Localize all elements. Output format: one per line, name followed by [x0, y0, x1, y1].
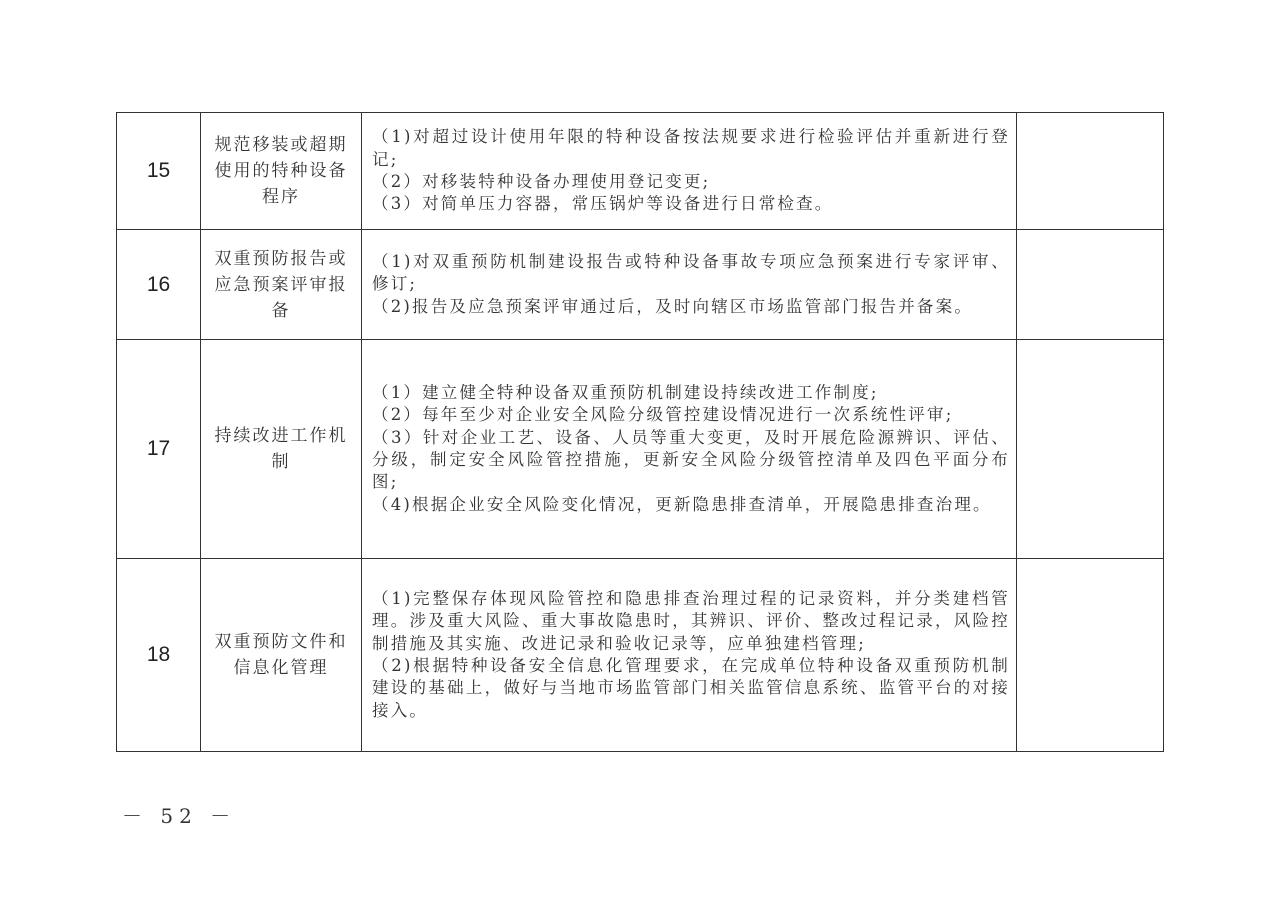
content-line: （3）对简单压力容器，常压锅炉等设备进行日常检查。	[372, 193, 1010, 215]
item-title: 规范移装或超期使用的特种设备程序	[201, 113, 362, 230]
table-row: 15 规范移装或超期使用的特种设备程序 （1)对超过设计使用年限的特种设备按法规…	[117, 113, 1164, 230]
item-content: （1)对双重预防机制建设报告或特种设备事故专项应急预案进行专家评审、修订; （2…	[362, 230, 1017, 340]
item-title: 持续改进工作机制	[201, 340, 362, 559]
remark-cell	[1017, 340, 1164, 559]
content-line: （2)报告及应急预案评审通过后，及时向辖区市场监管部门报告并备案。	[372, 296, 1010, 318]
item-title: 双重预防文件和信息化管理	[201, 559, 362, 752]
table-row: 16 双重预防报告或应急预案评审报备 （1)对双重预防机制建设报告或特种设备事故…	[117, 230, 1164, 340]
row-number: 15	[117, 113, 201, 230]
item-content: （1)完整保存体现风险管控和隐患排查治理过程的记录资料，并分类建档管理。涉及重大…	[362, 559, 1017, 752]
row-number: 18	[117, 559, 201, 752]
item-title: 双重预防报告或应急预案评审报备	[201, 230, 362, 340]
content-line: （3）针对企业工艺、设备、人员等重大变更，及时开展危险源辨识、评估、分级，制定安…	[372, 427, 1010, 494]
table-row: 17 持续改进工作机制 （1）建立健全特种设备双重预防机制建设持续改进工作制度;…	[117, 340, 1164, 559]
content-line: （2）对移装特种设备办理使用登记变更;	[372, 171, 1010, 193]
content-line: （1）建立健全特种设备双重预防机制建设持续改进工作制度;	[372, 382, 1010, 404]
content-line: （1)对超过设计使用年限的特种设备按法规要求进行检验评估并重新进行登记;	[372, 126, 1010, 171]
table-row: 18 双重预防文件和信息化管理 （1)完整保存体现风险管控和隐患排查治理过程的记…	[117, 559, 1164, 752]
item-content: （1）建立健全特种设备双重预防机制建设持续改进工作制度; （2）每年至少对企业安…	[362, 340, 1017, 559]
row-number: 17	[117, 340, 201, 559]
remark-cell	[1017, 559, 1164, 752]
requirements-table: 15 规范移装或超期使用的特种设备程序 （1)对超过设计使用年限的特种设备按法规…	[116, 112, 1164, 752]
content-line: （4)根据企业安全风险变化情况，更新隐患排查清单，开展隐患排查治理。	[372, 494, 1010, 516]
page-number: － 52 －	[122, 800, 236, 829]
remark-cell	[1017, 230, 1164, 340]
content-line: （1)完整保存体现风险管控和隐患排查治理过程的记录资料，并分类建档管理。涉及重大…	[372, 588, 1010, 655]
content-line: （2）每年至少对企业安全风险分级管控建设情况进行一次系统性评审;	[372, 404, 1010, 426]
content-line: （1)对双重预防机制建设报告或特种设备事故专项应急预案进行专家评审、修订;	[372, 251, 1010, 296]
remark-cell	[1017, 113, 1164, 230]
row-number: 16	[117, 230, 201, 340]
item-content: （1)对超过设计使用年限的特种设备按法规要求进行检验评估并重新进行登记; （2）…	[362, 113, 1017, 230]
content-line: （2)根据特种设备安全信息化管理要求，在完成单位特种设备双重预防机制建设的基础上…	[372, 655, 1010, 722]
